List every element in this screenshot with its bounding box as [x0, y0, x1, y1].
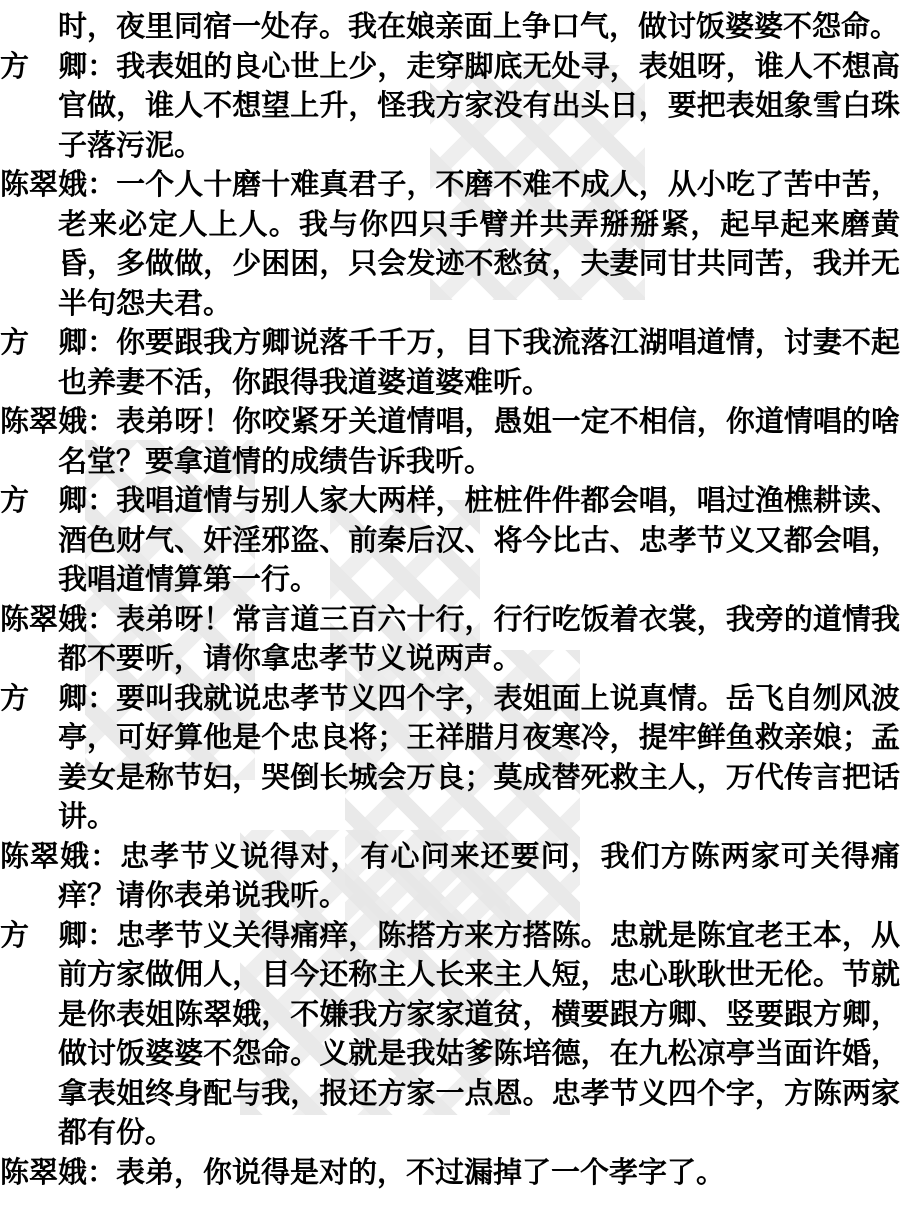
dialogue-line: 方 卿：忠孝节义关得痛痒，陈搭方来方搭陈。忠就是陈宜老王本，从前方家做佣人，目今… — [0, 916, 900, 1153]
utterance-text: 你要跟我方卿说落千千万，目下我流落江湖唱道情，讨妻不起也养妻不活，你跟得我道婆道… — [58, 325, 900, 399]
speaker-label: 方 卿： — [0, 681, 116, 715]
dialogue-line: 时，夜里同宿一处存。我在娘亲面上争口气，做讨饭婆婆不怨命。 — [0, 7, 900, 47]
utterance-text: 一个人十磨十难真君子，不磨不难不成人，从小吃了苦中苦，老来必定人上人。我与你四只… — [58, 167, 900, 320]
dialogue-line: 方 卿：要叫我就说忠孝节义四个字，表姐面上说真情。岳飞自刎风波亭，可好算他是个忠… — [0, 679, 900, 837]
dialogue-list: 时，夜里同宿一处存。我在娘亲面上争口气，做讨饭婆婆不怨命。 方 卿：我表姐的良心… — [0, 0, 900, 1192]
script-page: 时，夜里同宿一处存。我在娘亲面上争口气，做讨饭婆婆不怨命。 方 卿：我表姐的良心… — [0, 0, 900, 1205]
utterance-text: 表弟，你说得是对的，不过漏掉了一个孝字了。 — [116, 1155, 725, 1189]
speaker-label: 方 卿： — [0, 483, 116, 517]
speaker-label: 陈翠娥： — [0, 839, 120, 873]
speaker-label: 方 卿： — [0, 918, 116, 952]
dialogue-line: 方 卿：我唱道情与别人家大两样，桩桩件件都会唱，唱过渔樵耕读、酒色财气、奸淫邪盗… — [0, 481, 900, 600]
speaker-label: 陈翠娥： — [0, 404, 116, 438]
utterance-text: 忠孝节义关得痛痒，陈搭方来方搭陈。忠就是陈宜老王本，从前方家做佣人，目今还称主人… — [58, 918, 900, 1150]
dialogue-line: 陈翠娥：表弟呀！常言道三百六十行，行行吃饭着衣裳，我旁的道情我都不要听，请你拿忠… — [0, 600, 900, 679]
utterance-text: 忠孝节义说得对，有心问来还要问，我们方陈两家可关得痛痒？请你表弟说我听。 — [58, 839, 900, 913]
speaker-label: 陈翠娥： — [0, 602, 116, 636]
dialogue-line: 方 卿：我表姐的良心世上少，走穿脚底无处寻，表姐呀，谁人不想高官做，谁人不想望上… — [0, 47, 900, 166]
utterance-text: 时，夜里同宿一处存。我在娘亲面上争口气，做讨饭婆婆不怨命。 — [58, 9, 899, 43]
dialogue-line: 陈翠娥：表弟呀！你咬紧牙关道情唱，愚姐一定不相信，你道情唱的啥名堂？要拿道情的成… — [0, 402, 900, 481]
utterance-text: 我表姐的良心世上少，走穿脚底无处寻，表姐呀，谁人不想高官做，谁人不想望上升，怪我… — [58, 49, 900, 162]
speaker-label: 陈翠娥： — [0, 1155, 116, 1189]
speaker-label: 方 卿： — [0, 49, 116, 83]
utterance-text: 表弟呀！你咬紧牙关道情唱，愚姐一定不相信，你道情唱的啥名堂？要拿道情的成绩告诉我… — [58, 404, 900, 478]
dialogue-line: 陈翠娥：表弟，你说得是对的，不过漏掉了一个孝字了。 — [0, 1153, 900, 1193]
utterance-text: 我唱道情与别人家大两样，桩桩件件都会唱，唱过渔樵耕读、酒色财气、奸淫邪盗、前秦后… — [58, 483, 900, 596]
utterance-text: 要叫我就说忠孝节义四个字，表姐面上说真情。岳飞自刎风波亭，可好算他是个忠良将；王… — [58, 681, 900, 834]
dialogue-line: 陈翠娥：忠孝节义说得对，有心问来还要问，我们方陈两家可关得痛痒？请你表弟说我听。 — [0, 837, 900, 916]
dialogue-line: 陈翠娥：一个人十磨十难真君子，不磨不难不成人，从小吃了苦中苦，老来必定人上人。我… — [0, 165, 900, 323]
utterance-text: 表弟呀！常言道三百六十行，行行吃饭着衣裳，我旁的道情我都不要听，请你拿忠孝节义说… — [58, 602, 900, 676]
speaker-label: 方 卿： — [0, 325, 116, 359]
speaker-label: 陈翠娥： — [0, 167, 116, 201]
dialogue-line: 方 卿：你要跟我方卿说落千千万，目下我流落江湖唱道情，讨妻不起也养妻不活，你跟得… — [0, 323, 900, 402]
